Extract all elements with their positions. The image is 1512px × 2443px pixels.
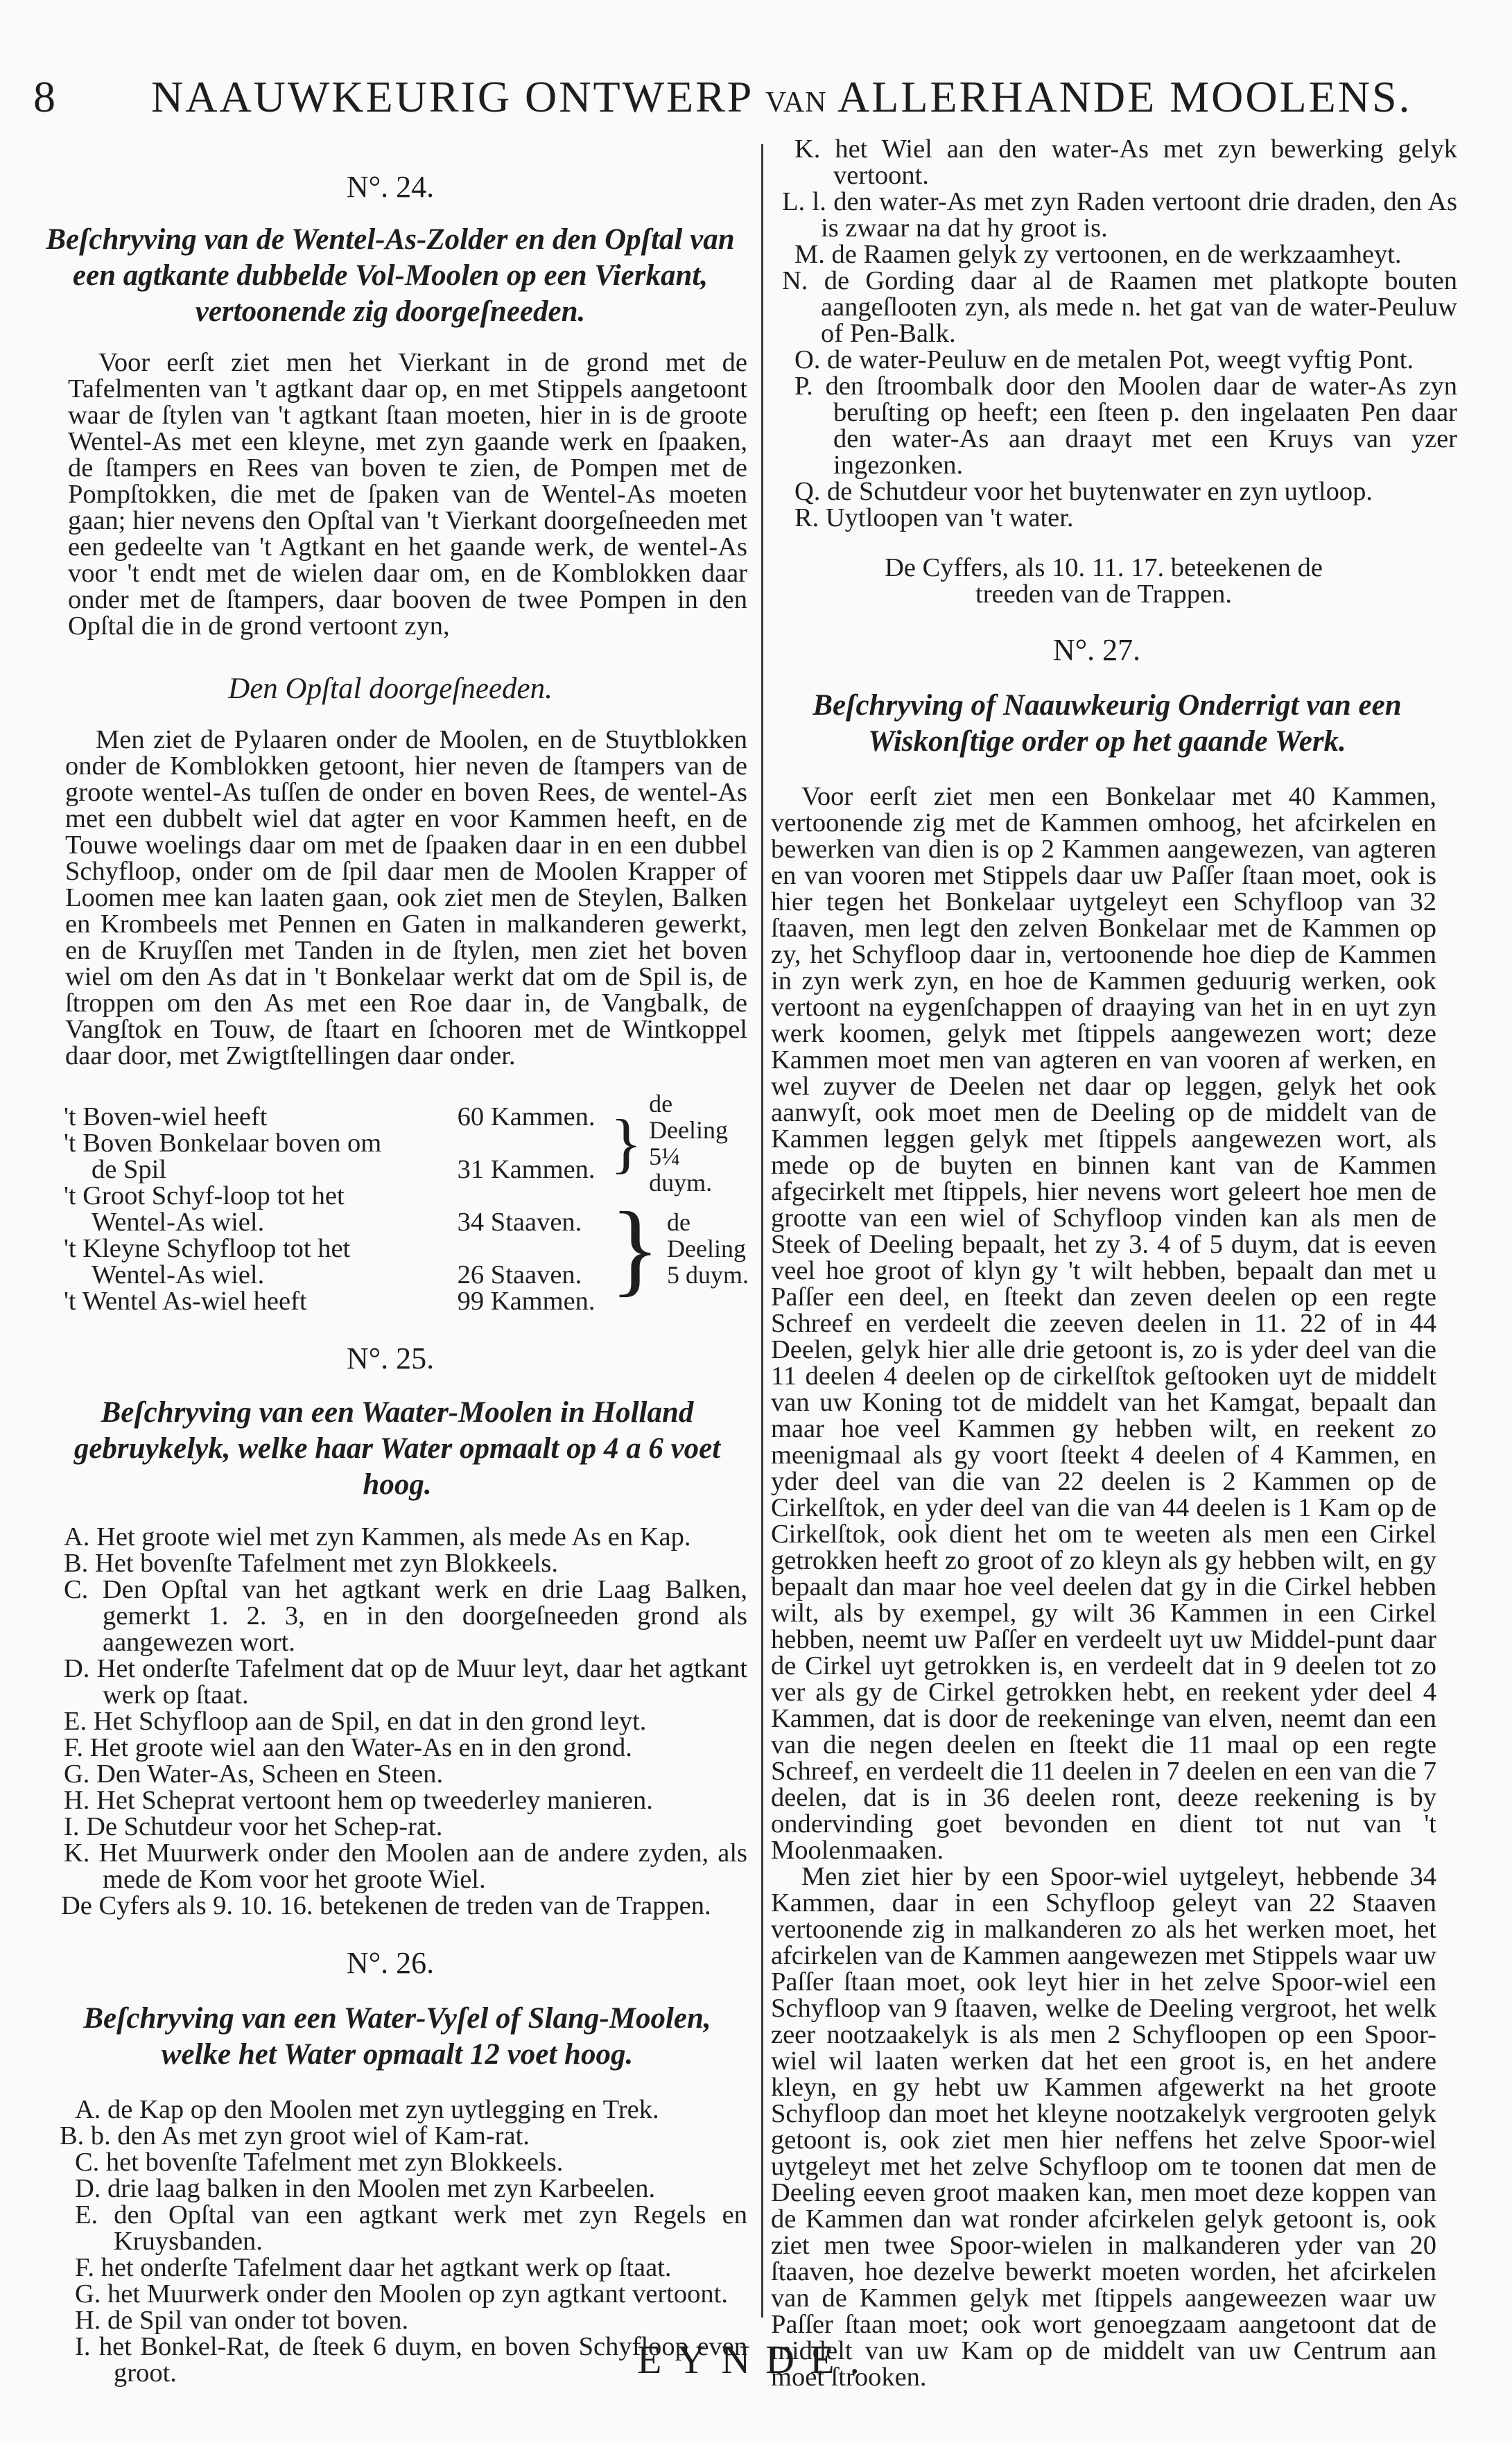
legend-item: O. de water-Peuluw en de metalen Pot, we… bbox=[794, 347, 1457, 373]
section-paragraph-2: Men ziet de Pylaaren onder de Moolen, en… bbox=[33, 727, 747, 1069]
gear-value: 34 Staaven. bbox=[458, 1208, 582, 1237]
legend-item: P. den ſtroombalk door den Moolen daar d… bbox=[794, 373, 1457, 478]
column-divider bbox=[761, 144, 763, 2318]
brace-icon: } bbox=[610, 1190, 660, 1307]
legend-item: G. het Muurwerk onder den Moolen op zyn … bbox=[75, 2281, 747, 2307]
section-number: N°. 25. bbox=[33, 1339, 747, 1378]
gear-label: 't Wentel As-wiel heeft bbox=[64, 1287, 307, 1316]
brace-note: de Deeling 5 duym. bbox=[667, 1209, 750, 1288]
page-number: 8 bbox=[28, 69, 151, 125]
legend-item: L. l. den water-As met zyn Raden vertoon… bbox=[782, 189, 1457, 241]
section-note: De Cyffers, als 10. 11. 17. beteekenen d… bbox=[771, 555, 1464, 607]
left-column: N°. 24. Beſchryving van de Wentel-As-Zol… bbox=[33, 136, 747, 2386]
legend-item: R. Uytloopen van 't water. bbox=[794, 505, 1457, 531]
section-paragraph: Voor eerſt ziet men het Vierkant in de g… bbox=[33, 349, 747, 639]
subheading: Den Opſtal doorgeſneeden. bbox=[33, 671, 747, 707]
legend-item: A. de Kap op den Moolen met zyn uytleggi… bbox=[75, 2096, 747, 2123]
gear-value: 26 Staaven. bbox=[458, 1260, 582, 1289]
legend-item: M. de Raamen gelyk zy vertoonen, en de w… bbox=[794, 241, 1457, 268]
brace-note: de Deeling 5¼ duym. bbox=[649, 1090, 732, 1196]
section-no26-continued: K. het Wiel aan den water-As met zyn bew… bbox=[771, 136, 1464, 607]
legend-item: B. Het bovenſte Tafelment met zyn Blokke… bbox=[64, 1550, 747, 1576]
section-title: Beſchryving van de Wentel-As-Zolder en d… bbox=[33, 222, 747, 330]
legend-item: G. Den Water-As, Scheen en Steen. bbox=[64, 1761, 747, 1787]
gear-label: 't Kleyne Schyfloop tot het bbox=[64, 1234, 350, 1263]
section-title: Beſchryving van een Water-Vyſel of Slang… bbox=[33, 2001, 747, 2073]
end-mark: EYNDE. bbox=[0, 2336, 1512, 2383]
gear-label: 't Boven Bonkelaar boven om bbox=[64, 1129, 381, 1158]
legend-item: E. Het Schyfloop aan de Spil, en dat in … bbox=[64, 1708, 747, 1735]
brace-icon: } bbox=[610, 1105, 642, 1181]
legend-item: N. de Gording daar al de Raamen met plat… bbox=[782, 268, 1457, 347]
running-head: 8NAAUWKEURIG ONTWERP VAN ALLERHANDE MOOL… bbox=[28, 69, 1414, 130]
legend-item: D. drie laag balken in den Moolen met zy… bbox=[75, 2175, 747, 2202]
gear-label-continuation: Wentel-As wiel. bbox=[64, 1262, 437, 1288]
section-number: N°. 24. bbox=[33, 168, 747, 207]
running-title-van: VAN bbox=[765, 87, 827, 119]
legend-list: A. Het groote wiel met zyn Kammen, als m… bbox=[33, 1524, 747, 1893]
gear-label: 't Groot Schyf-loop tot het bbox=[64, 1181, 345, 1210]
legend-list: K. het Wiel aan den water-As met zyn bew… bbox=[771, 136, 1464, 531]
legend-item: I. De Schutdeur voor het Schep-rat. bbox=[64, 1814, 747, 1840]
legend-item: E. den Opſtal van een agtkant werk met z… bbox=[75, 2202, 747, 2254]
legend-item: F. Het groote wiel aan den Water-As en i… bbox=[64, 1735, 747, 1761]
section-no25: N°. 25. Beſchryving van een Waater-Moole… bbox=[33, 1314, 747, 1919]
running-title-part1: NAAUWKEURIG ONTWERP bbox=[151, 72, 765, 121]
section-note: De Cyfers als 9. 10. 16. betekenen de tr… bbox=[33, 1893, 747, 1919]
section-paragraph: Voor eerſt ziet men een Bonkelaar met 40… bbox=[771, 783, 1464, 1863]
section-paragraph-2: Men ziet hier by een Spoor-wiel uytgeley… bbox=[771, 1863, 1464, 2390]
section-title: Beſchryving of Naauwkeurig Onderrigt van… bbox=[771, 688, 1464, 760]
section-no26: N°. 26. Beſchryving van een Water-Vyſel … bbox=[33, 1919, 747, 2386]
legend-item: K. het Wiel aan den water-As met zyn bew… bbox=[794, 136, 1457, 189]
gear-value: 31 Kammen. bbox=[458, 1155, 596, 1184]
legend-item: B. b. den As met zyn groot wiel of Kam-r… bbox=[60, 2123, 747, 2149]
legend-item: C. Den Opſtal van het agtkant werk en dr… bbox=[64, 1576, 747, 1655]
section-no24: N°. 24. Beſchryving van de Wentel-As-Zol… bbox=[33, 136, 747, 1314]
legend-item: D. Het onderſte Tafelment dat op de Muur… bbox=[64, 1655, 747, 1708]
legend-item: F. het onderſte Tafelment daar het agtka… bbox=[75, 2254, 747, 2281]
legend-item: Q. de Schutdeur voor het buytenwater en … bbox=[794, 478, 1457, 505]
gear-label-continuation: de Spil bbox=[64, 1156, 437, 1183]
table-row: 't Boven-wiel heeft 60 Kammen. } de Deel… bbox=[64, 1104, 750, 1130]
section-no27: N°. 27. Beſchryving of Naauwkeurig Onder… bbox=[771, 607, 1464, 2390]
legend-item: C. het bovenſte Tafelment met zyn Blokke… bbox=[75, 2149, 747, 2175]
legend-item: K. Het Muurwerk onder den Moolen aan de … bbox=[64, 1840, 747, 1893]
gear-count-table: 't Boven-wiel heeft 60 Kammen. } de Deel… bbox=[64, 1104, 750, 1314]
running-title-part2: ALLERHANDE MOOLENS. bbox=[827, 72, 1412, 121]
section-number: N°. 26. bbox=[33, 1944, 747, 1983]
gear-label: 't Boven-wiel heeft bbox=[64, 1102, 267, 1131]
legend-item: A. Het groote wiel met zyn Kammen, als m… bbox=[64, 1524, 747, 1550]
section-number: N°. 27. bbox=[771, 631, 1464, 670]
gear-label-continuation: Wentel-As wiel. bbox=[64, 1209, 437, 1235]
legend-item: H. de Spil van onder tot boven. bbox=[75, 2307, 747, 2333]
gear-value: 60 Kammen. bbox=[458, 1102, 596, 1131]
gear-value: 99 Kammen. bbox=[458, 1287, 596, 1316]
right-column: K. het Wiel aan den water-As met zyn bew… bbox=[771, 136, 1464, 2390]
legend-item: H. Het Scheprat vertoont hem op tweederl… bbox=[64, 1787, 747, 1814]
section-title: Beſchryving van een Waater-Moolen in Hol… bbox=[33, 1395, 747, 1503]
table-row: 't Groot Schyf-loop tot hetWentel-As wie… bbox=[64, 1183, 750, 1235]
